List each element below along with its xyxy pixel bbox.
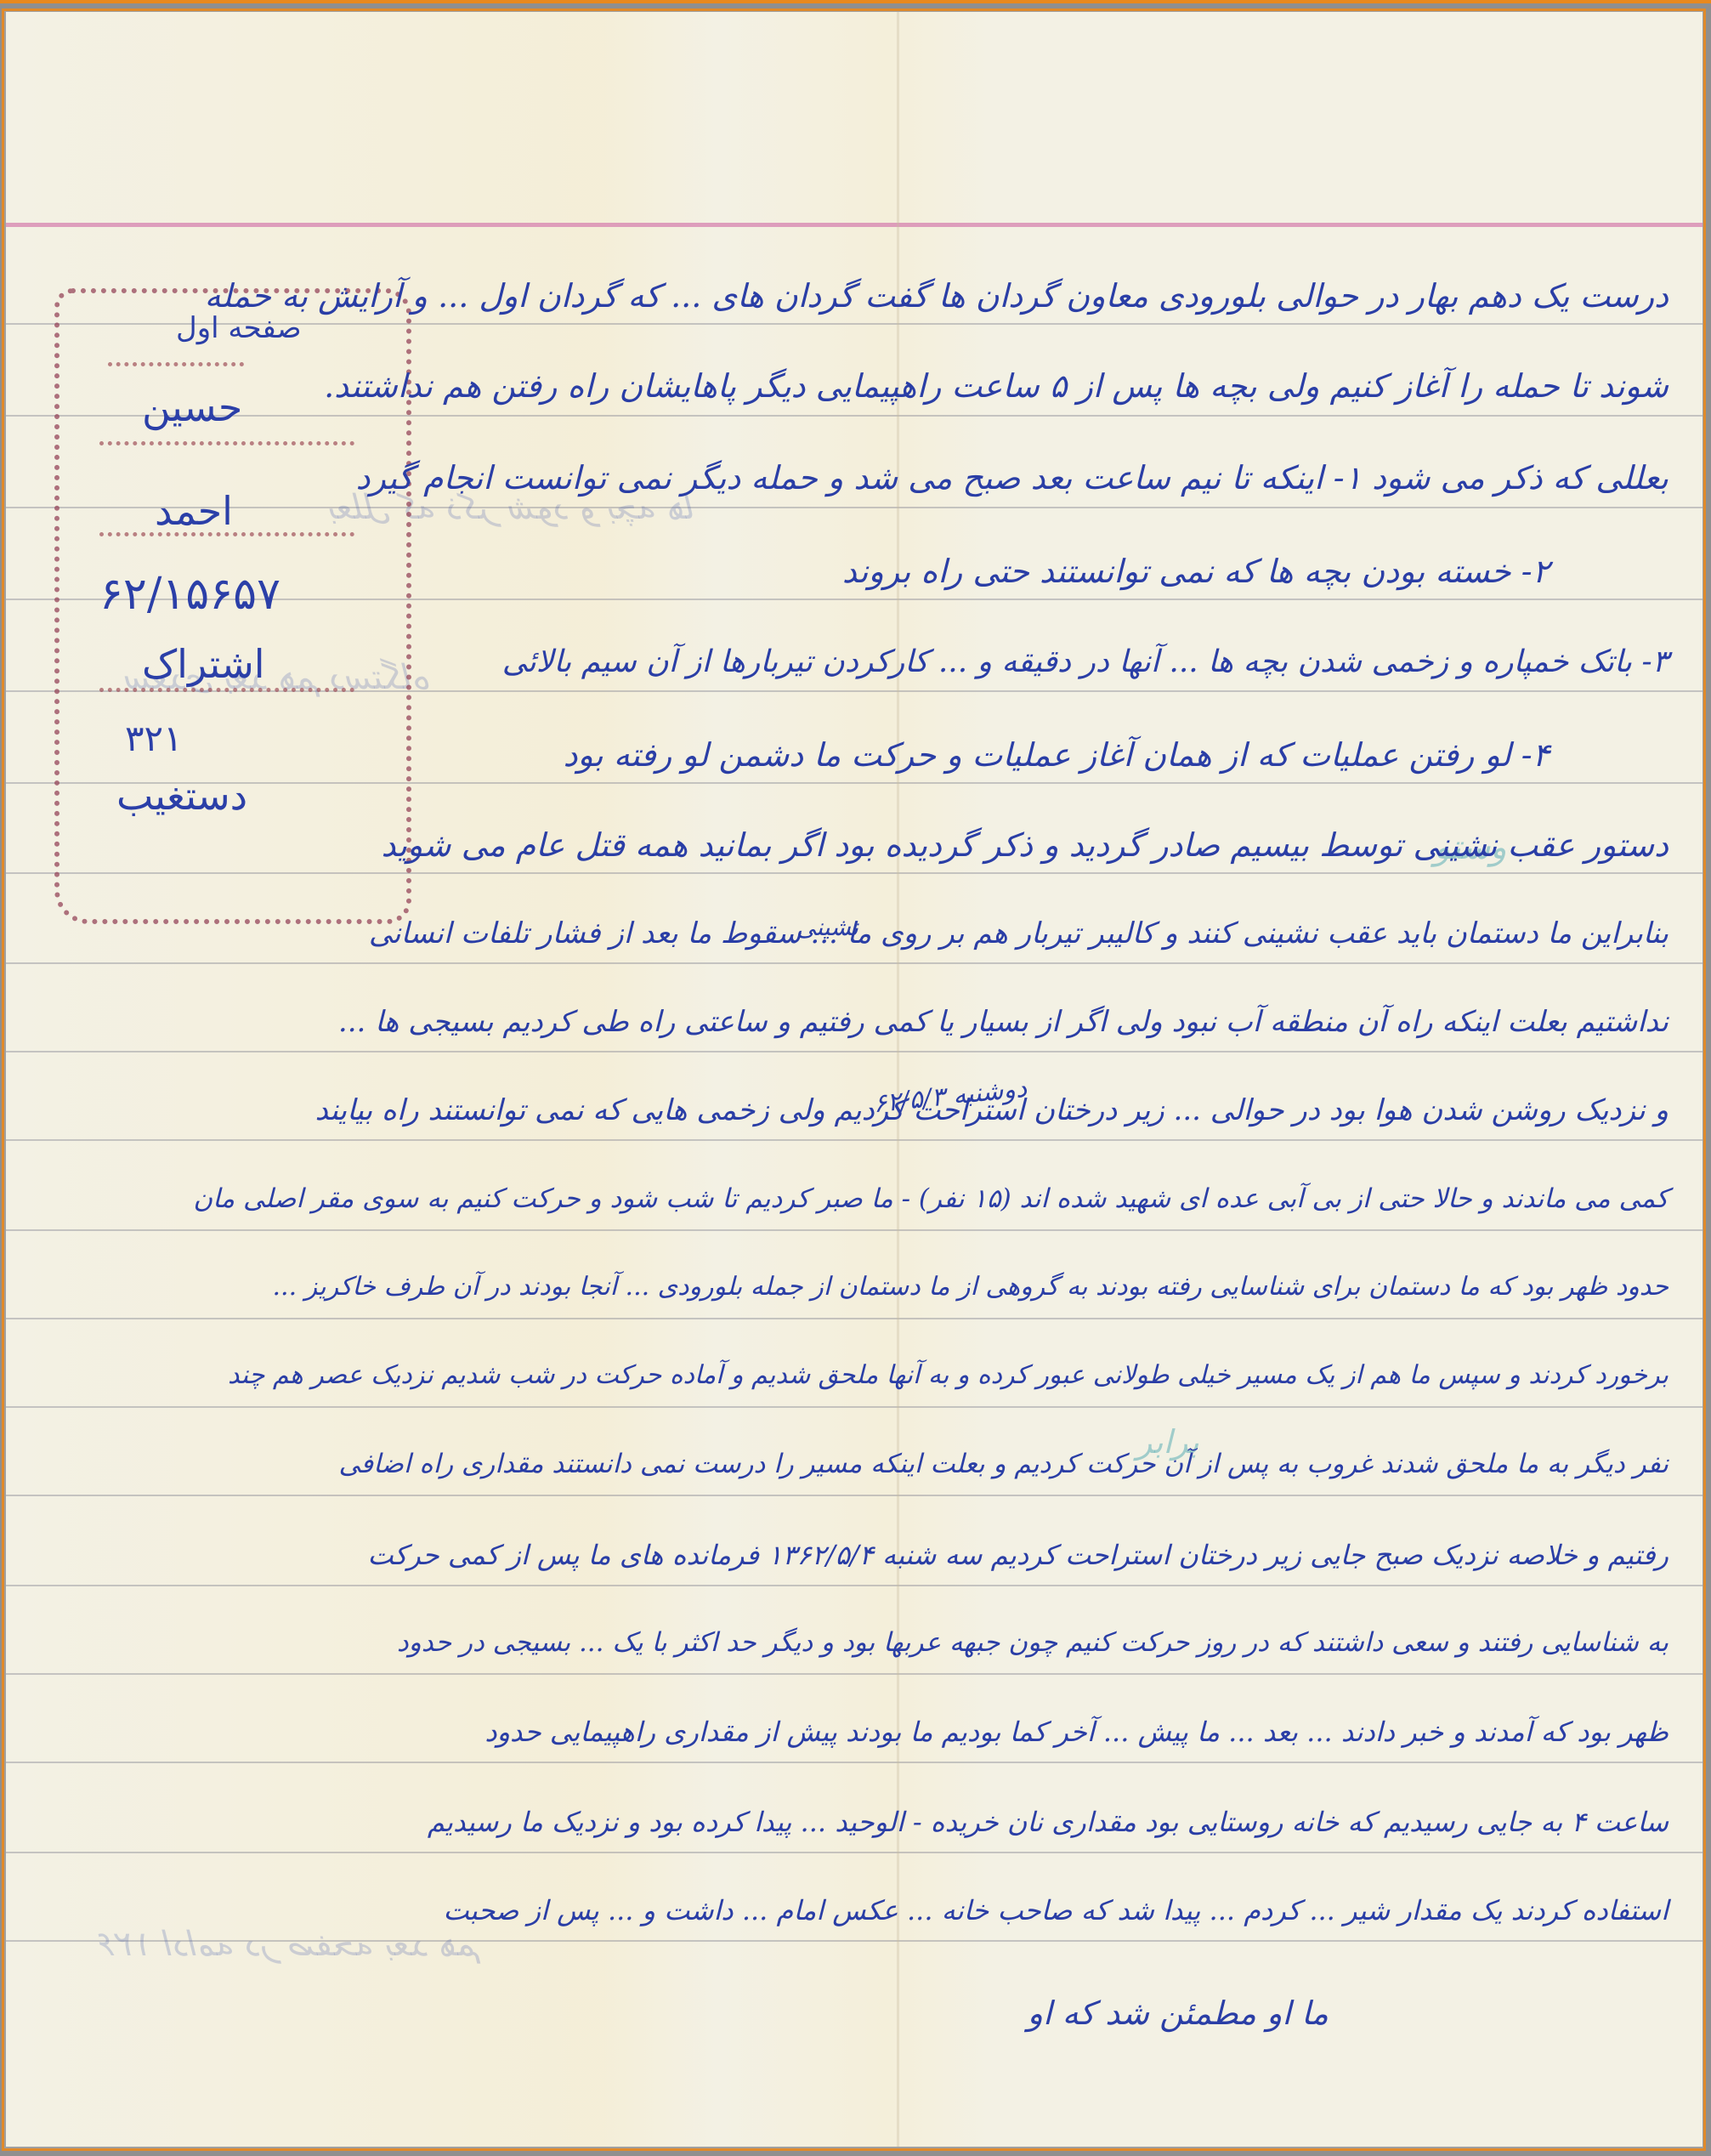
stamp-dotted-line	[99, 688, 354, 692]
text-line-3: بعللی که ذکر می شود ۱- اینکه تا نیم ساعت…	[356, 459, 1669, 496]
text-line-18: ساعت ۴ به جایی رسیدیم که خانه روستایی بو…	[428, 1806, 1669, 1838]
text-line-1: درست یک دهم بهار در حوالی بلورودی معاون …	[205, 277, 1669, 315]
ruled-line	[6, 1406, 1703, 1408]
text-line-12: حدود ظهر بود که ما دستمان برای شناسایی ر…	[273, 1272, 1669, 1302]
text-line-16: به شناسایی رفتند و سعی داشتند که در روز …	[397, 1627, 1669, 1658]
text-line-19: استفاده کردند یک مقدار شیر ... کردم ... …	[443, 1894, 1669, 1926]
stamp-subscription: اشتراک	[142, 641, 265, 687]
stamp-surname: احمد	[155, 488, 233, 534]
text-line-10: و نزدیک روشن شدن هوا بود در حوالی ... زی…	[315, 1093, 1669, 1127]
text-line-15: رفتیم و خلاصه نزدیک صبح جایی زیر درختان …	[368, 1539, 1669, 1571]
text-line-5: ۳- باتک خمپاره و زخمی شدن بچه ها ... آنه…	[502, 644, 1669, 679]
stamp-name: حسین	[142, 384, 242, 430]
ruled-line	[6, 1318, 1703, 1319]
text-line-6: ۴- لو رفتن عملیات که از همان آغاز عملیات…	[564, 736, 1550, 774]
ruled-line	[6, 1762, 1703, 1763]
text-line-8: بنابراین ما دستمان باید عقب نشینی کنند و…	[369, 916, 1669, 950]
stamp-page-label: صفحه اول	[176, 311, 302, 345]
bleed-through-text: ۱۲۶ ادامه در صفحه بعد هم	[99, 1925, 481, 1964]
text-line-2: شوند تا حمله را آغاز کنیم ولی بچه ها پس …	[324, 367, 1669, 405]
ruled-line	[6, 1495, 1703, 1496]
ruled-line	[6, 1229, 1703, 1231]
text-line-13: برخورد کردند و سپس ما هم از یک مسیر خیلی…	[228, 1360, 1669, 1390]
stamp-dotted-line	[108, 362, 244, 366]
text-line-11: کمی می ماندند و حالا حتی از بی آبی عده ا…	[193, 1183, 1669, 1214]
ruled-line	[6, 962, 1703, 964]
text-line-17: ظهر بود که آمدند و خبر دادند ... بعد ...…	[484, 1716, 1669, 1748]
ruled-line	[6, 1673, 1703, 1675]
top-margin-line	[6, 223, 1703, 227]
ruled-line	[6, 1852, 1703, 1853]
viewer-frame: بعلل که ذکر شود و بچه ها سعدی بعد هم دست…	[0, 0, 1711, 2156]
text-line-9: نداشتیم بعلت اینکه راه آن منطقه آب نبود …	[338, 1005, 1669, 1039]
text-line-14: نفر دیگر به ما ملحق شدند غروب به پس از آ…	[338, 1449, 1669, 1479]
ruled-line	[6, 1051, 1703, 1052]
text-line-20: ما او مطمئن شد که او	[1028, 1994, 1329, 2032]
stamp-dotted-line	[99, 441, 354, 445]
text-line-4: ۲- خسته بودن بچه ها که نمی توانستند حتی …	[842, 553, 1550, 590]
text-line-7: دستور عقب نشینی توسط بیسیم صادر گردید و …	[382, 826, 1669, 864]
stamp-code: ۶۲/۱۵۶۵۷	[99, 569, 280, 620]
scanned-page: بعلل که ذکر شود و بچه ها سعدی بعد هم دست…	[6, 12, 1703, 2147]
stamp-signature: دستغیب	[116, 773, 247, 819]
ruled-line	[6, 1139, 1703, 1141]
stamp-number: ۳۲۱	[125, 718, 183, 759]
ruled-line	[6, 1585, 1703, 1586]
